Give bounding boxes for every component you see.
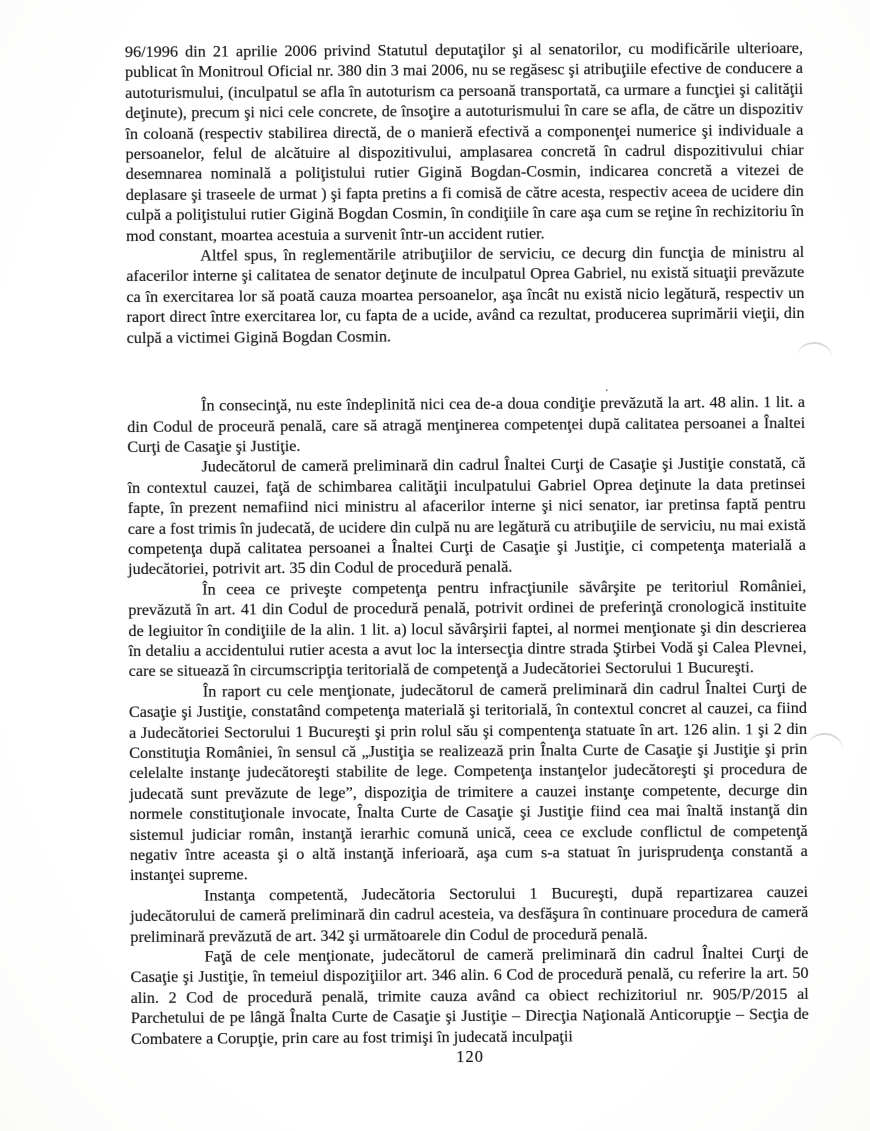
paragraph: În consecinţă, nu este îndeplinită nici … <box>127 392 805 457</box>
page-number: 120 <box>131 1045 809 1070</box>
paragraph: 96/1996 din 21 aprilie 2006 privind Stat… <box>125 38 804 246</box>
paragraph: Instanţa competentă, Judecătoria Sectoru… <box>130 882 808 947</box>
scan-curve-artifact <box>807 731 844 751</box>
paragraph: Judecătorul de cameră preliminară din ca… <box>127 453 806 580</box>
scan-dot-artifact: . <box>605 386 609 390</box>
paragraph-container: 96/1996 din 21 aprilie 2006 privind Stat… <box>125 38 809 1049</box>
paragraph: În ceea ce priveşte competenţa pentru in… <box>128 576 807 682</box>
paragraph: În raport cu cele menţionate, judecătoru… <box>129 678 808 886</box>
paragraph: Faţă de cele menţionate, judecătorul de … <box>130 943 809 1049</box>
document-text-block: 96/1996 din 21 aprilie 2006 privind Stat… <box>125 38 809 1070</box>
scanned-document-page: 96/1996 din 21 aprilie 2006 privind Stat… <box>0 0 870 1131</box>
paragraph: Altfel spus, în reglementările atribuţii… <box>126 242 805 348</box>
